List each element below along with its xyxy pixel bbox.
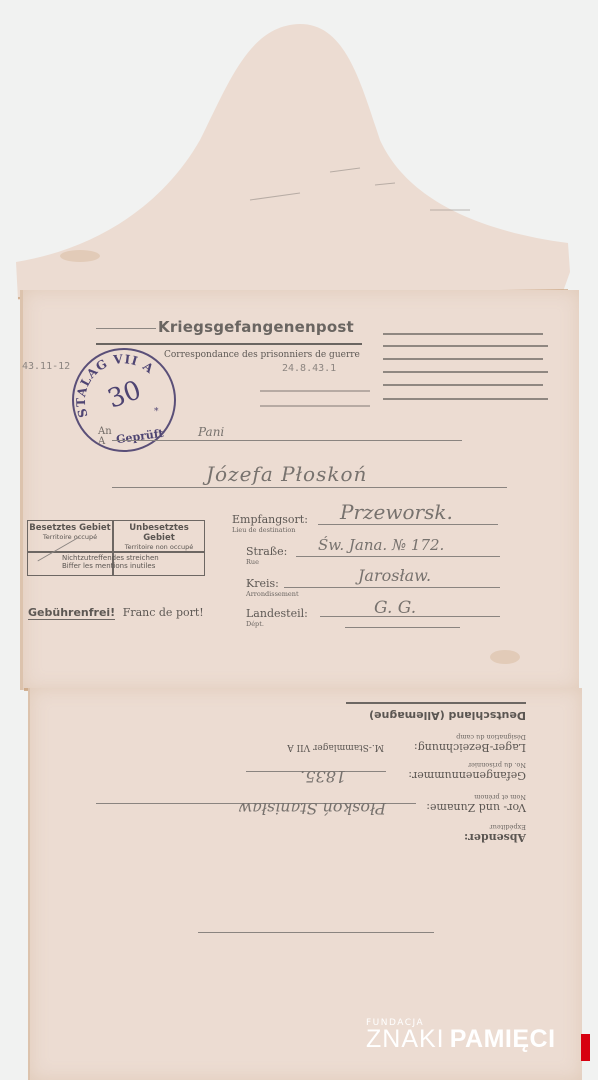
sender-name-label: Vor- und Zuname: Nom et prénom xyxy=(426,793,526,814)
field-region: Landesteil: Dépt. xyxy=(246,607,308,628)
country-rule xyxy=(346,702,526,704)
sender-section: Absender: Expéditeur Vor- und Zuname: No… xyxy=(96,694,536,844)
svg-text:*: * xyxy=(154,407,159,417)
postmark-date: 24.8.43.1 xyxy=(282,363,336,374)
logo-red-bar xyxy=(581,1034,590,1061)
region-underline xyxy=(345,627,460,628)
district-value: Jarosław. xyxy=(358,566,431,585)
destination-line xyxy=(318,524,498,525)
prisoner-number-label: Gefangenennummer: No. du prisonnier xyxy=(408,761,526,782)
street-line xyxy=(296,556,500,557)
postage-free: Gebührenfrei! Franc de port! xyxy=(28,606,204,619)
field-street: Straße: Rue xyxy=(246,545,287,566)
address-line-2 xyxy=(112,487,507,488)
title-underline xyxy=(96,343,362,345)
field-destination: Empfangsort: Lieu de destination xyxy=(232,513,308,534)
occupation-zone-box: Besetztes Gebiet Territoire occupé Unbes… xyxy=(27,520,205,576)
recipient-salutation: Pani xyxy=(198,425,224,439)
address-prefix: An A xyxy=(98,427,112,447)
district-line xyxy=(284,587,500,588)
camp-label: Lager-Bezeichnung: Désignation du camp xyxy=(414,733,526,754)
back-panel-line xyxy=(198,932,434,933)
document-subtitle: Correspondance des prisonniers de guerre xyxy=(164,350,360,360)
prisoner-number-value: 1835. xyxy=(300,767,346,786)
censor-stamp: STALAG VII A * 30 Geprüft xyxy=(72,348,176,452)
region-value: G. G. xyxy=(374,598,416,618)
header-top-rule xyxy=(96,328,156,329)
envelope-flap xyxy=(0,0,598,320)
camp-value: M.-Stammlager VII A xyxy=(287,742,384,752)
destination-value: Przeworsk. xyxy=(340,500,453,524)
sender-name-value: Płoskoń Stanisław xyxy=(239,799,387,818)
sender-country: Deutschland (Allemagne) xyxy=(369,709,526,722)
street-value: Św. Jana. № 172. xyxy=(318,536,444,554)
logo-znaki-text: ZNAKI xyxy=(366,1025,445,1053)
recipient-name: Józefa Płoskoń xyxy=(206,462,367,486)
postmark-date-left: 43.11-12 xyxy=(22,361,70,372)
document-title: Kriegsgefangenenpost xyxy=(158,318,354,336)
fundacja-logo: FUNDACJA ZNAKI PAMIĘCI xyxy=(366,1018,556,1054)
address-line-1 xyxy=(112,440,462,441)
sender-label: Absender: Expéditeur xyxy=(464,823,526,844)
logo-pamieci-text: PAMIĘCI xyxy=(450,1025,556,1053)
